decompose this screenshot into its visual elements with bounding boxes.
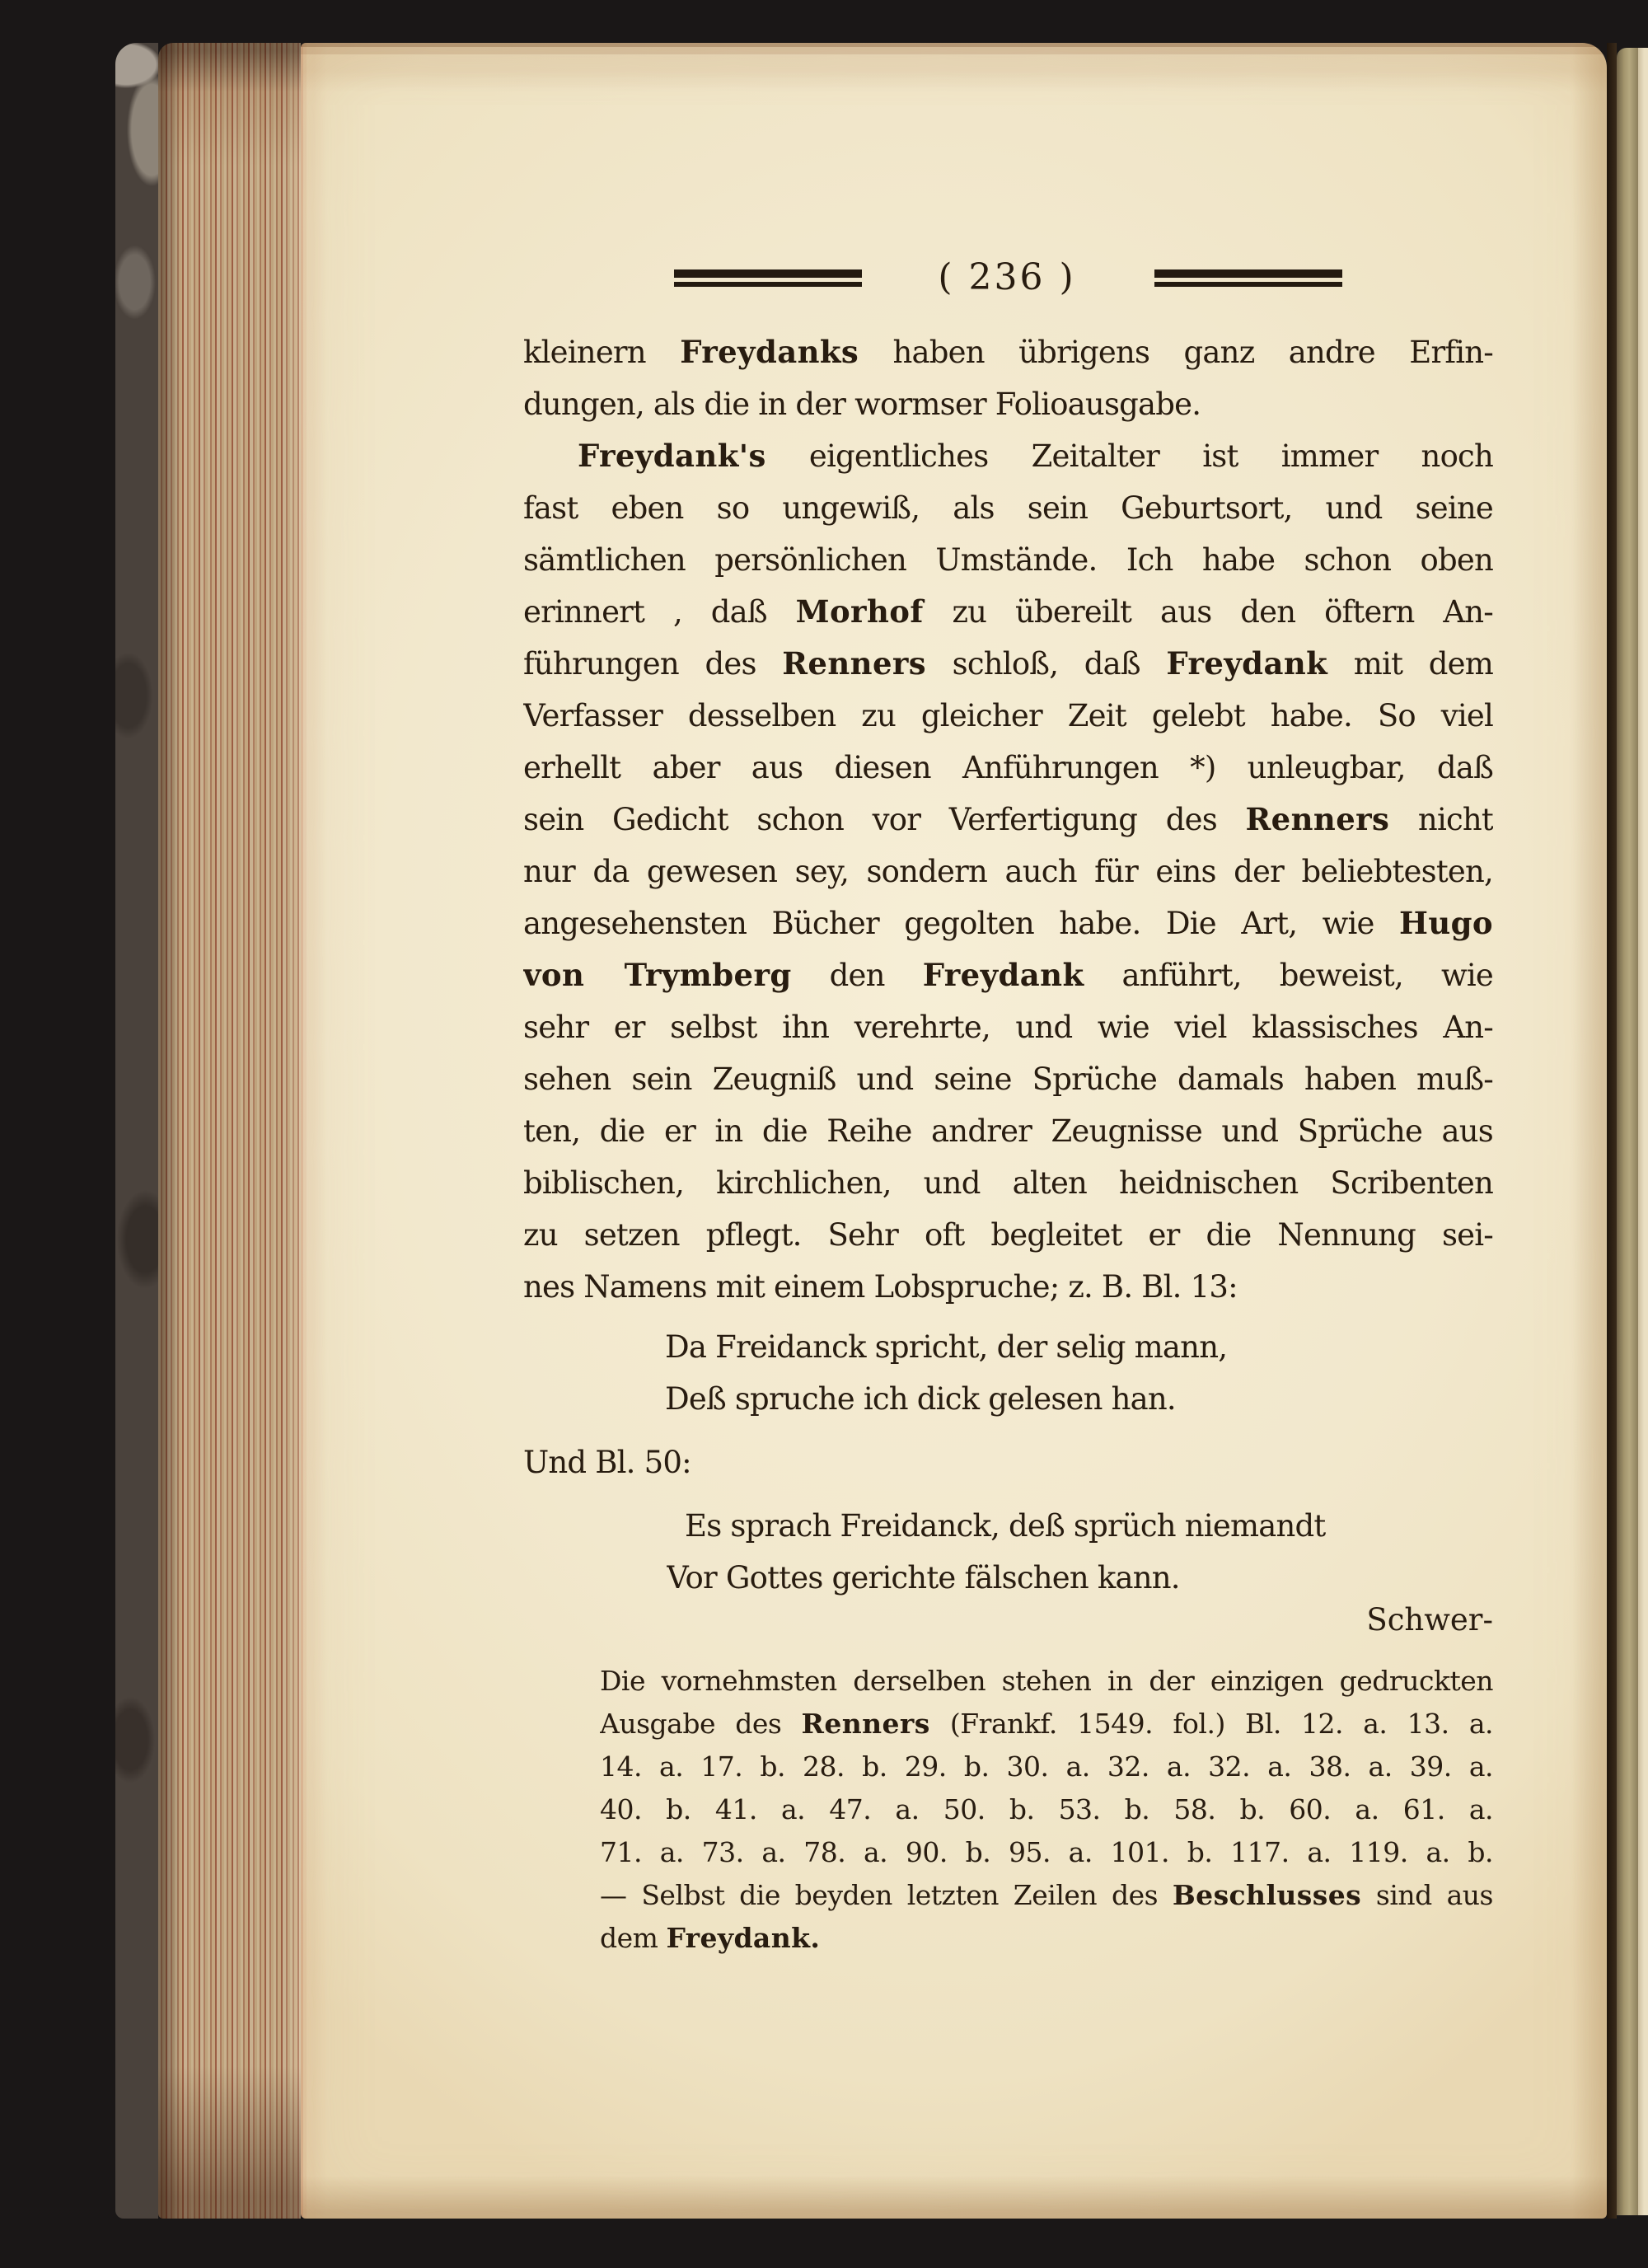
text-line: von Trymberg den Freydank anführt, bewei… [523, 949, 1493, 1001]
page-number: ( 236 ) [938, 259, 1075, 297]
text-line: 14. a. 17. b. 28. b. 29. b. 30. a. 32. a… [600, 1746, 1493, 1788]
text-segment: nes Namens mit einem Lobspruche; z. B. B… [523, 1269, 1238, 1305]
text-segment: von Trymberg [523, 957, 792, 993]
text-segment: den [792, 958, 923, 993]
text-segment: 40. b. 41. a. 47. a. 50. b. 53. b. 58. b… [600, 1793, 1493, 1825]
text-line: Es sprach Freidanck, deß sprüch niemandt [685, 1500, 1493, 1552]
adjacent-page-gutter [1617, 48, 1638, 2215]
text-segment: Vor Gottes gerichte fälschen kann. [667, 1560, 1180, 1596]
text-line: erhellt aber aus diesen Anführungen *) u… [523, 742, 1493, 794]
page-fore-edge-stripes [158, 43, 301, 2219]
text-line: Freydank's eigentliches Zeitalter ist im… [523, 430, 1493, 482]
text-segment: haben übrigens ganz andre Erfin- [859, 335, 1493, 370]
text-segment: kleinern [523, 335, 680, 370]
text-segment: dem [600, 1922, 666, 1954]
text-line: nes Namens mit einem Lobspruche; z. B. B… [523, 1261, 1493, 1313]
text-segment: mit dem [1327, 646, 1493, 682]
text-line: *) Die vornehmsten derselben stehen in d… [600, 1660, 1493, 1703]
text-segment: sehen sein Zeugniß und seine Sprüche dam… [523, 1061, 1493, 1097]
text-segment: 71. a. 73. a. 78. a. 90. b. 95. a. 101. … [600, 1836, 1493, 1868]
text-segment: Die vornehmsten derselben stehen in der … [600, 1665, 1493, 1697]
text-segment: nur da gewesen sey, sondern auch für ein… [523, 854, 1493, 889]
text-line: führungen des Renners schloß, daß Freyda… [523, 638, 1493, 690]
text-segment: Und Bl. 50: [523, 1445, 691, 1480]
text-line: Da Freidanck spricht, der selig mann, [665, 1321, 1493, 1373]
text-segment: führungen des [523, 646, 782, 682]
text-line: 40. b. 41. a. 47. a. 50. b. 53. b. 58. b… [600, 1788, 1493, 1831]
text-segment: Renners [1246, 801, 1390, 837]
text-segment: nicht [1389, 802, 1493, 837]
text-segment: biblischen, kirchlichen, und alten heidn… [523, 1165, 1493, 1201]
header-rule-left [674, 269, 862, 287]
text-line: dungen, als die in der wormser Folioausg… [523, 378, 1493, 430]
text-segment: sehr er selbst ihn verehrte, und wie vie… [523, 1010, 1493, 1045]
text-line: sämtlichen persönlichen Umstände. Ich ha… [523, 534, 1493, 586]
text-segment: Verfasser desselben zu gleicher Zeit gel… [523, 698, 1493, 733]
text-segment: Freydank [923, 957, 1084, 993]
text-line: Ausgabe des Renners (Frankf. 1549. fol.)… [600, 1703, 1493, 1746]
photo-background: { "header": { "page_number": "( 236 )" }… [0, 0, 1648, 2268]
text-line: angesehensten Bücher gegolten habe. Die … [523, 897, 1493, 949]
book-page: ( 236 ) kleinern Freydanks haben übrigen… [301, 43, 1607, 2219]
text-segment: fast eben so ungewiß, als sein Geburtsor… [523, 490, 1493, 526]
text-line: sehen sein Zeugniß und seine Sprüche dam… [523, 1053, 1493, 1105]
text-line: — Selbst die beyden letzten Zeilen des B… [600, 1874, 1493, 1917]
text-segment: Ausgabe des [600, 1708, 802, 1740]
text-segment: Da Freidanck spricht, der selig mann, [665, 1329, 1227, 1365]
text-line: 71. a. 73. a. 78. a. 90. b. 95. a. 101. … [600, 1831, 1493, 1874]
gutter-shadow [1607, 43, 1617, 2219]
text-segment: eigentliches Zeitalter ist immer noch [766, 438, 1493, 474]
text-line: kleinern Freydanks haben übrigens ganz a… [523, 326, 1493, 378]
page-header: ( 236 ) [523, 259, 1493, 297]
text-line: dem Freydank. [600, 1917, 1493, 1960]
text-line: zu setzen pflegt. Sehr oft begleitet er … [523, 1209, 1493, 1261]
text-line: nur da gewesen sey, sondern auch für ein… [523, 846, 1493, 897]
text-line: Und Bl. 50: [523, 1436, 1493, 1488]
text-segment: Freydank [1166, 645, 1327, 682]
text-segment: — Selbst die beyden letzten Zeilen des [600, 1879, 1173, 1911]
text-segment: sämtlichen persönlichen Umstände. Ich ha… [523, 542, 1493, 578]
text-segment: anführt, beweist, wie [1084, 958, 1493, 993]
text-line: erinnert , daß Morhof zu übereilt aus de… [523, 586, 1493, 638]
footnote-block: *) Die vornehmsten derselben stehen in d… [600, 1660, 1493, 1960]
text-segment: Freydank's [578, 438, 766, 474]
text-segment: sind aus [1361, 1879, 1493, 1911]
text-segment: (Frankf. 1549. fol.) Bl. 12. a. 13. a. [930, 1708, 1493, 1740]
text-segment: sein Gedicht schon vor Verfertigung des [523, 802, 1246, 837]
text-segment: Hugo [1399, 905, 1493, 941]
text-segment: Morhof [796, 593, 924, 630]
text-line: biblischen, kirchlichen, und alten heidn… [523, 1157, 1493, 1209]
catchword: Schwer- [523, 1594, 1493, 1646]
text-line: Verfasser desselben zu gleicher Zeit gel… [523, 690, 1493, 742]
text-segment: ten, die er in die Reihe andrer Zeugniss… [523, 1113, 1493, 1149]
header-rule-right [1154, 269, 1342, 287]
text-line: ten, die er in die Reihe andrer Zeugniss… [523, 1105, 1493, 1157]
text-segment: Es sprach Freidanck, deß sprüch niemandt [685, 1508, 1325, 1544]
text-segment: erinnert , daß [523, 594, 796, 630]
book: ( 236 ) kleinern Freydanks haben übrigen… [115, 43, 1648, 2219]
text-line: sein Gedicht schon vor Verfertigung des … [523, 794, 1493, 846]
text-line: Deß spruche ich dick gelesen han. [665, 1373, 1493, 1425]
main-text-block: kleinern Freydanks haben übrigens ganz a… [523, 326, 1493, 1604]
text-segment: Beschlusses [1173, 1879, 1361, 1911]
text-line: fast eben so ungewiß, als sein Geburtsor… [523, 482, 1493, 534]
text-segment: angesehensten Bücher gegolten habe. Die … [523, 906, 1399, 941]
text-segment: zu übereilt aus den öftern An- [924, 594, 1493, 630]
text-segment: Freydank. [666, 1922, 820, 1954]
text-segment: schloß, daß [926, 646, 1166, 682]
text-segment: erhellt aber aus diesen Anführungen *) u… [523, 750, 1493, 785]
text-segment: zu setzen pflegt. Sehr oft begleitet er … [523, 1217, 1493, 1253]
text-segment: Freydanks [680, 334, 859, 370]
text-segment: 14. a. 17. b. 28. b. 29. b. 30. a. 32. a… [600, 1750, 1493, 1783]
book-cover-marbled-edge [115, 43, 158, 2219]
next-page-edge [1638, 48, 1648, 2215]
text-segment: Renners [802, 1708, 930, 1740]
text-segment: Deß spruche ich dick gelesen han. [665, 1381, 1176, 1417]
text-segment: dungen, als die in der wormser Folioausg… [523, 387, 1201, 422]
text-line: sehr er selbst ihn verehrte, und wie vie… [523, 1001, 1493, 1053]
text-segment: Renners [782, 645, 926, 682]
